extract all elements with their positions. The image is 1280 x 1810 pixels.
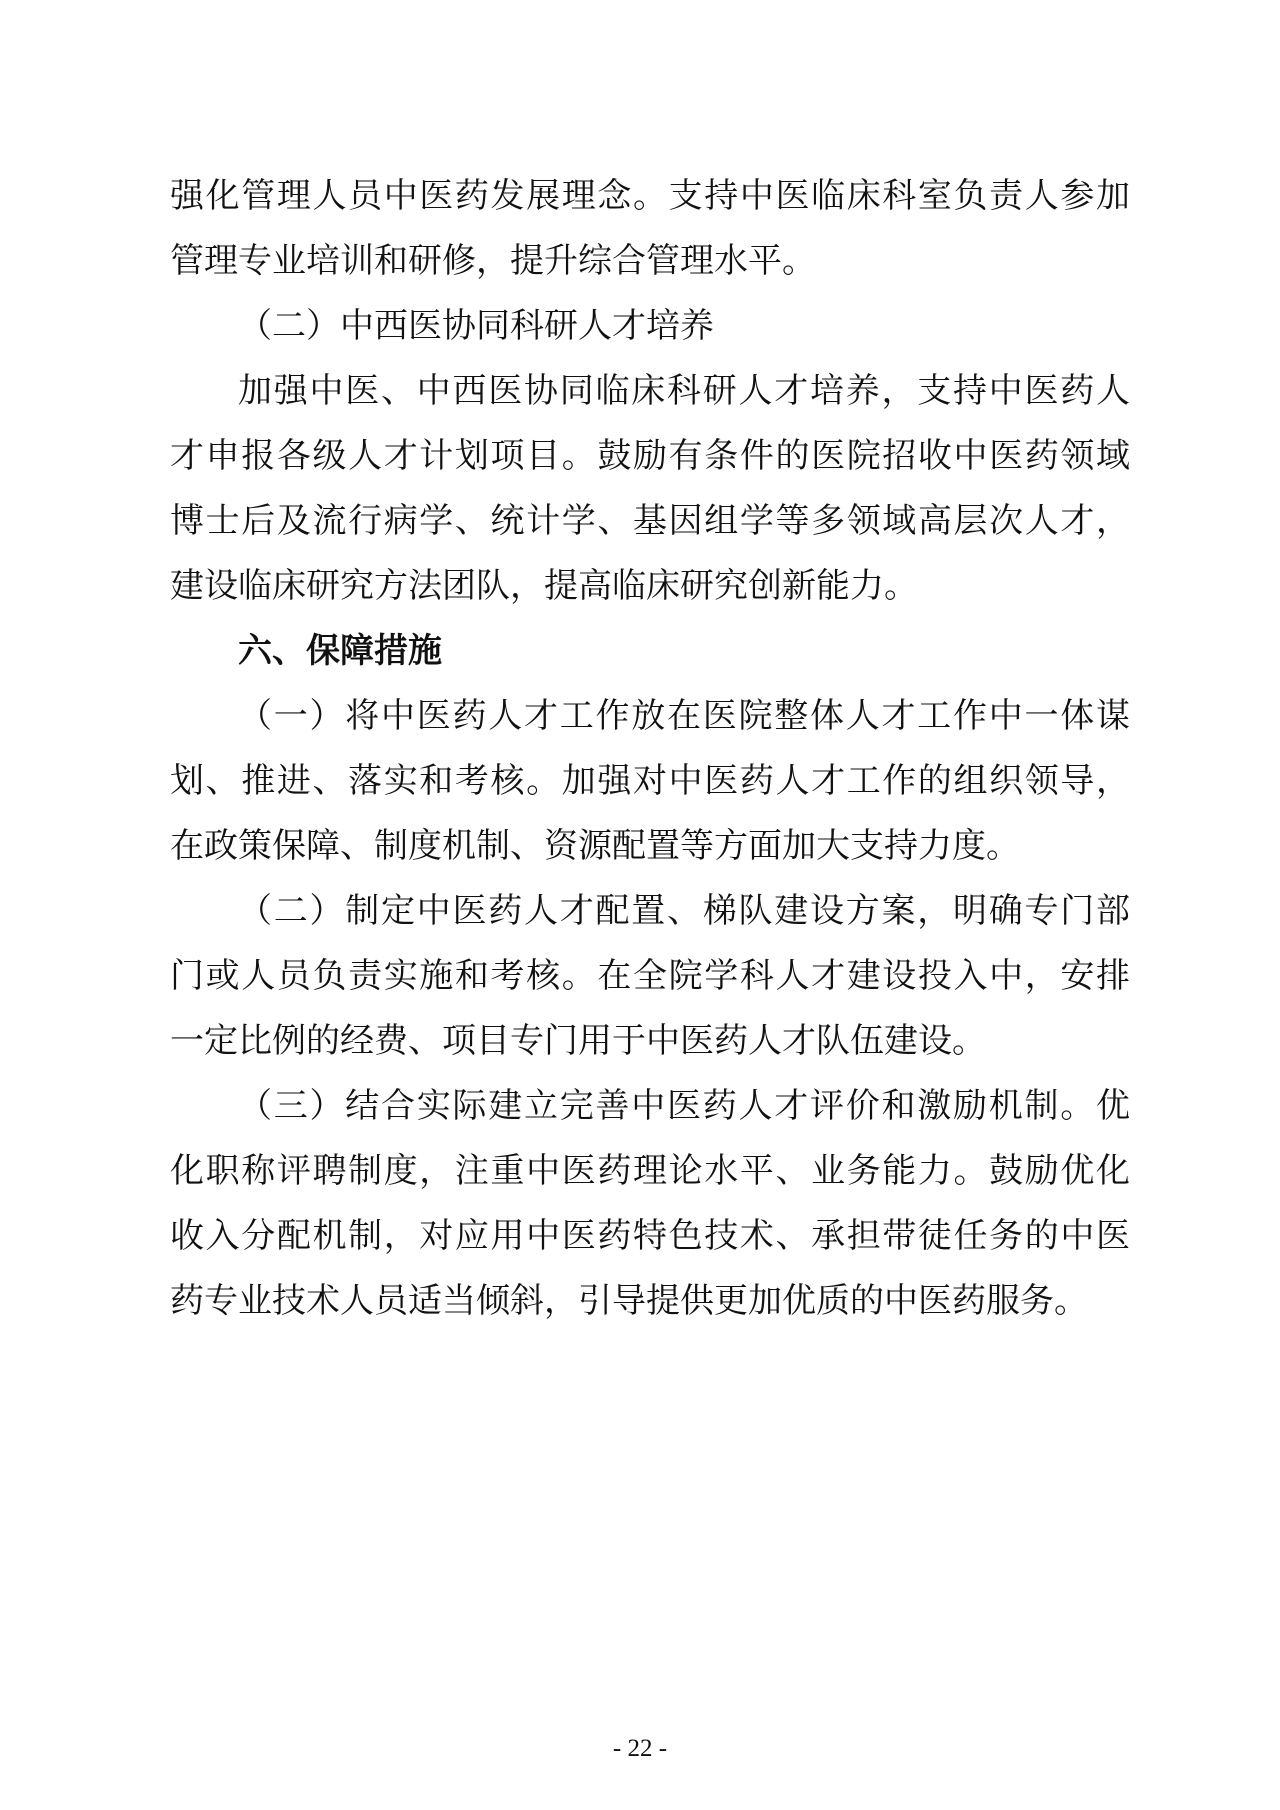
paragraph-line: 才申报各级人才计划项目。鼓励有条件的医院招收中医药领域 (170, 424, 1130, 489)
paragraph-line: （二）制定中医药人才配置、梯队建设方案，明确专门部 (170, 879, 1130, 944)
paragraph-line: （一）将中医药人才工作放在医院整体人才工作中一体谋 (170, 684, 1130, 749)
heading-line: 六、保障措施 (170, 619, 1130, 684)
paragraph-line: 一定比例的经费、项目专门用于中医药人才队伍建设。 (170, 1009, 1130, 1074)
paragraph-line: 药专业技术人员适当倾斜，引导提供更加优质的中医药服务。 (170, 1269, 1130, 1334)
paragraph-line: 在政策保障、制度机制、资源配置等方面加大支持力度。 (170, 814, 1130, 879)
paragraph-continuation-line: 管理专业培训和研修，提升综合管理水平。 (170, 229, 1130, 294)
document-page: 强化管理人员中医药发展理念。支持中医临床科室负责人参加管理专业培训和研修，提升综… (0, 0, 1280, 1810)
paragraph-line: 加强中医、中西医协同临床科研人才培养，支持中医药人 (170, 359, 1130, 424)
paragraph-line: 化职称评聘制度，注重中医药理论水平、业务能力。鼓励优化 (170, 1139, 1130, 1204)
paragraph-line: 建设临床研究方法团队，提高临床研究创新能力。 (170, 554, 1130, 619)
subheading-line: （二）中西医协同科研人才培养 (170, 294, 1130, 359)
document-body: 强化管理人员中医药发展理念。支持中医临床科室负责人参加管理专业培训和研修，提升综… (170, 164, 1130, 1334)
paragraph-line: 收入分配机制，对应用中医药特色技术、承担带徒任务的中医 (170, 1204, 1130, 1269)
paragraph-line: （三）结合实际建立完善中医药人才评价和激励机制。优 (170, 1074, 1130, 1139)
paragraph-line: 门或人员负责实施和考核。在全院学科人才建设投入中，安排 (170, 944, 1130, 1009)
page-number: - 22 - (0, 1735, 1280, 1763)
paragraph-line: 博士后及流行病学、统计学、基因组学等多领域高层次人才， (170, 489, 1130, 554)
paragraph-line: 划、推进、落实和考核。加强对中医药人才工作的组织领导， (170, 749, 1130, 814)
paragraph-continuation-line: 强化管理人员中医药发展理念。支持中医临床科室负责人参加 (170, 164, 1130, 229)
